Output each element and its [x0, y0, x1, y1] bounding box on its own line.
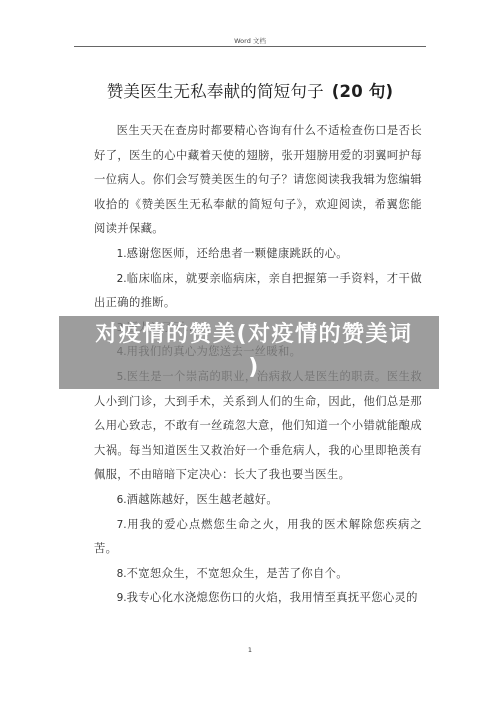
item-number: 7.: [117, 519, 127, 531]
document-title: 赞美医生无私奉献的简短句子(20 句): [0, 78, 500, 102]
page-header-label: Word 文档: [0, 36, 500, 45]
item-text: 不宽恕众生，不宽恕众生，是苦了你自个。: [127, 567, 348, 580]
overlay-title-line2: ): [69, 351, 439, 384]
item-number: 1.: [117, 248, 127, 260]
list-item: 7.用我的爱心点燃您生命之火，用我的医术解除您疾病之苦。: [94, 513, 422, 562]
page-number: 1: [0, 646, 500, 654]
item-number: 6.: [117, 494, 127, 506]
item-number: 9.: [117, 592, 127, 604]
document-title-text: 赞美医生无私奉献的简短句子: [107, 82, 324, 101]
header-divider: [74, 46, 426, 47]
item-text: 感谢您医师，还给患者一颗健康跳跃的心。: [127, 247, 348, 260]
item-text: 用我的爱心点燃您生命之火，用我的医术解除您疾病之苦。: [94, 518, 422, 556]
item-number: 8.: [117, 568, 127, 580]
list-item: 6.酒越陈越好，医生越老越好。: [94, 488, 422, 513]
list-item: 1.感谢您医师，还给患者一颗健康跳跃的心。: [94, 242, 422, 267]
item-text: 酒越陈越好，医生越老越好。: [127, 493, 278, 506]
overlay-title: 对疫情的赞美(对疫情的赞美词 ): [69, 318, 439, 384]
list-item: 8.不宽恕众生，不宽恕众生，是苦了你自个。: [94, 562, 422, 587]
intro-paragraph: 医生天天在查房时都要精心咨询有什么不适检查伤口是否长好了，医生的心中藏着天使的翅…: [94, 119, 422, 242]
document-page: Word 文档 赞美医生无私奉献的简短句子(20 句) 医生天天在查房时都要精心…: [0, 0, 500, 706]
document-title-count: (20 句): [332, 82, 394, 101]
item-number: 2.: [117, 273, 127, 285]
item-text: 我专心化水浇熄您伤口的火焰，我用情至真抚平您心灵的: [127, 591, 418, 604]
list-item: 9.我专心化水浇熄您伤口的火焰，我用情至真抚平您心灵的: [94, 586, 422, 611]
item-text: 临床临床，就要亲临病床，亲自把握第一手资料，才干做出正确的推断。: [94, 272, 422, 310]
list-item: 2.临床临床，就要亲临病床，亲自把握第一手资料，才干做出正确的推断。: [94, 267, 422, 316]
overlay-title-line1: 对疫情的赞美(对疫情的赞美词: [69, 318, 439, 351]
